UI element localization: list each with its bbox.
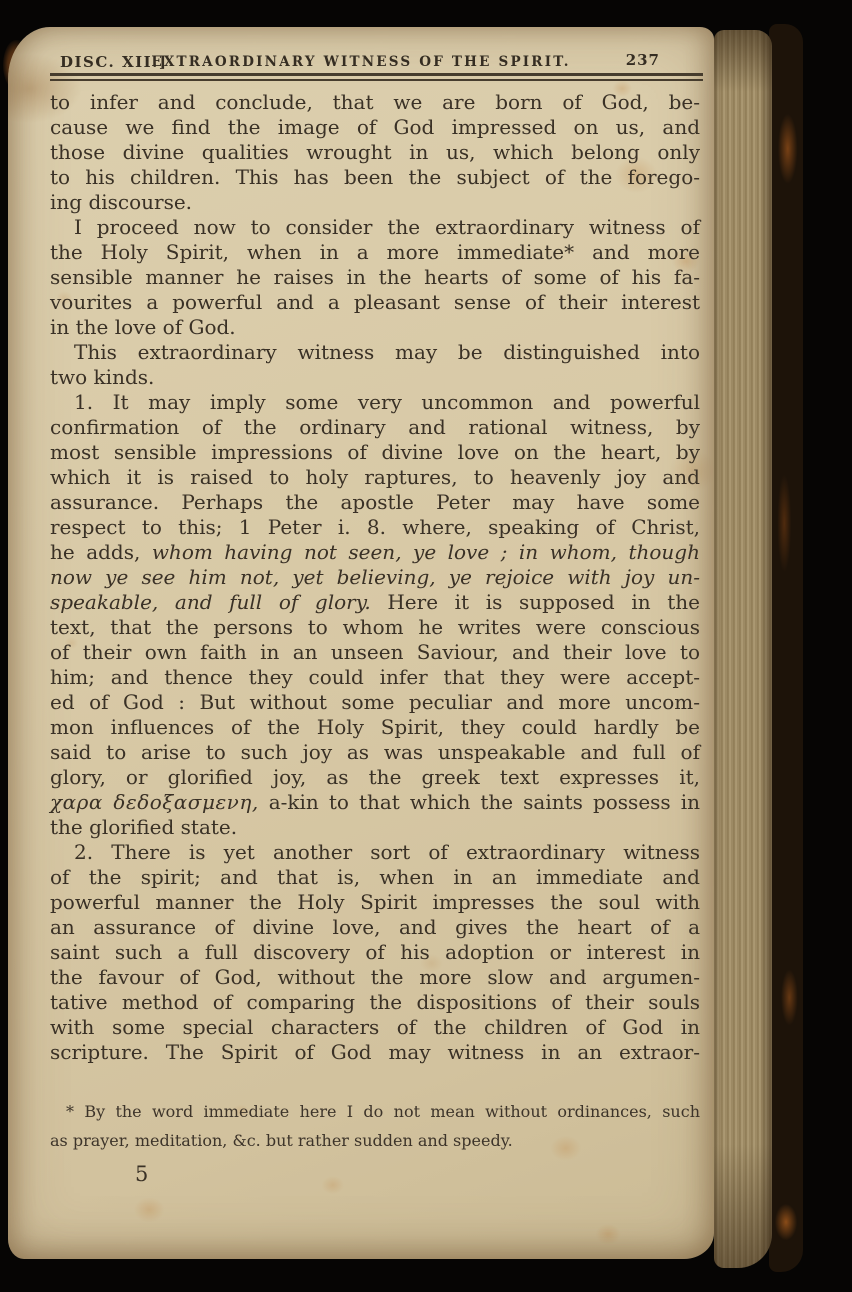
text-line: him; and thence they could infer that th… [50,665,700,690]
body-text-segment: vourites a powerful and a pleasant sense… [50,290,700,314]
text-line: in the love of God. [50,315,700,340]
text-line: speakable, and full of glory. Here it is… [50,590,700,615]
text-line: most sensible impressions of divine love… [50,440,700,465]
text-line: text, that the persons to whom he writes… [50,615,700,640]
body-text-segment: respect to this; 1 Peter i. 8. where, sp… [50,515,700,539]
body-text-segment: as prayer, meditation, &c. but rather su… [50,1131,513,1150]
body-text-segment: ing discourse. [50,190,192,214]
text-line: of their own faith in an unseen Saviour,… [50,640,700,665]
body-text-segment: mon influences of the Holy Spirit, they … [50,715,700,739]
body-text-segment: which it is raised to holy raptures, to … [50,465,700,489]
text-line: sensible manner he raises in the hearts … [50,265,700,290]
body-text-segment: a-kin to that which the saints possess i… [259,790,700,814]
text-line: This extraordinary witness may be distin… [50,340,700,365]
text-line: which it is raised to holy raptures, to … [50,465,700,490]
body-text-segment: to his children. This has been the subje… [50,165,700,189]
footnote-line: as prayer, meditation, &c. but rather su… [50,1126,700,1155]
body-text-segment: assurance. Perhaps the apostle Peter may… [50,490,700,514]
text-line: with some special characters of the chil… [50,1015,700,1040]
running-header: DISC. XII.] EXTRAORDINARY WITNESS OF THE… [8,47,714,71]
scripture-quote-italic: whom having not seen, ye love ; in whom,… [152,540,700,564]
text-line: the glorified state. [50,815,700,840]
text-line: tative method of comparing the dispositi… [50,990,700,1015]
text-line: glory, or glorified joy, as the greek te… [50,765,700,790]
body-text-segment: * By the word immediate here I do not me… [66,1102,700,1121]
text-line: an assurance of divine love, and gives t… [50,915,700,940]
text-line: he adds, whom having not seen, ye love ;… [50,540,700,565]
text-line: I proceed now to consider the extraordin… [50,215,700,240]
body-text-segment: with some special characters of the chil… [50,1015,700,1039]
body-text-segment: powerful manner the Holy Spirit impresse… [50,890,700,914]
body-text-segment: the favour of God, without the more slow… [50,965,700,989]
body-text-segment: the Holy Spirit, when in a more immediat… [50,240,700,264]
body-text-segment: cause we find the image of God impressed… [50,115,700,139]
body-text-segment: he adds, [50,540,152,564]
body-text-segment: glory, or glorified joy, as the greek te… [50,765,700,789]
text-line: now ye see him not, yet believing, ye re… [50,565,700,590]
body-text-segment: of the spirit; and that is, when in an i… [50,865,700,889]
body-text-segment: sensible manner he raises in the hearts … [50,265,700,289]
book-photo: { "palette": { "background": "#060504", … [0,0,852,1292]
text-line: the Holy Spirit, when in a more immediat… [50,240,700,265]
text-line: mon influences of the Holy Spirit, they … [50,715,700,740]
text-line: ing discourse. [50,190,700,215]
text-line: 1. It may imply some very uncommon and p… [50,390,700,415]
body-text-segment: those divine qualities wrought in us, wh… [50,140,700,164]
body-text-segment: of their own faith in an unseen Saviour,… [50,640,700,664]
body-text-segment: 2. There is yet another sort of extraord… [74,840,700,864]
header-rule [50,73,703,81]
body-text-segment: him; and thence they could infer that th… [50,665,700,689]
body-text-segment: scripture. The Spirit of God may witness… [50,1040,700,1064]
text-line: vourites a powerful and a pleasant sense… [50,290,700,315]
text-line: assurance. Perhaps the apostle Peter may… [50,490,700,515]
page-edge-stack [714,30,772,1268]
text-line: saint such a full discovery of his adopt… [50,940,700,965]
text-line: to infer and conclude, that we are born … [50,90,700,115]
body-text-segment: saint such a full discovery of his adopt… [50,940,700,964]
signature-mark: 5 [135,1162,148,1186]
text-line: two kinds. [50,365,700,390]
body-text-segment: to infer and conclude, that we are born … [50,90,700,114]
body-text-segment: an assurance of divine love, and gives t… [50,915,700,939]
book-cover-edge [769,24,803,1272]
text-line: of the spirit; and that is, when in an i… [50,865,700,890]
book-page: DISC. XII.] EXTRAORDINARY WITNESS OF THE… [8,27,714,1259]
text-line: respect to this; 1 Peter i. 8. where, sp… [50,515,700,540]
body-text-segment: in the love of God. [50,315,236,339]
body-text-segment: 1. It may imply some very uncommon and p… [74,390,700,414]
header-page-number: 237 [626,51,660,69]
text-line: confirmation of the ordinary and rationa… [50,415,700,440]
body-text-segment: text, that the persons to whom he writes… [50,615,700,639]
text-line: ed of God : But without some peculiar an… [50,690,700,715]
footnote-line: * By the word immediate here I do not me… [50,1097,700,1126]
page-body-text: to infer and conclude, that we are born … [50,90,700,1065]
text-line: χαρα δεδοξασμενη, a-kin to that which th… [50,790,700,815]
header-title: EXTRAORDINARY WITNESS OF THE SPIRIT. [151,54,570,70]
text-line: 2. There is yet another sort of extraord… [50,840,700,865]
text-line: the favour of God, without the more slow… [50,965,700,990]
body-text-segment: said to arise to such joy as was unspeak… [50,740,700,764]
body-text-segment: ed of God : But without some peculiar an… [50,690,700,714]
body-text-segment: most sensible impressions of divine love… [50,440,700,464]
body-text-segment: Here it is supposed in the [371,590,700,614]
text-line: scripture. The Spirit of God may witness… [50,1040,700,1065]
scripture-quote-italic: now ye see him not, yet believing, ye re… [50,565,700,589]
text-line: said to arise to such joy as was unspeak… [50,740,700,765]
body-text-segment: confirmation of the ordinary and rationa… [50,415,700,439]
scripture-quote-italic: speakable, and full of glory. [50,590,371,614]
text-line: those divine qualities wrought in us, wh… [50,140,700,165]
text-line: powerful manner the Holy Spirit impresse… [50,890,700,915]
body-text-segment: This extraordinary witness may be distin… [74,340,700,364]
body-text-segment: tative method of comparing the dispositi… [50,990,700,1014]
greek-text: χαρα δεδοξασμενη, [50,790,259,814]
text-line: to his children. This has been the subje… [50,165,700,190]
body-text-segment: I proceed now to consider the extraordin… [74,215,700,239]
footnote: * By the word immediate here I do not me… [50,1097,700,1155]
body-text-segment: two kinds. [50,365,154,389]
body-text-segment: the glorified state. [50,815,237,839]
text-line: cause we find the image of God impressed… [50,115,700,140]
